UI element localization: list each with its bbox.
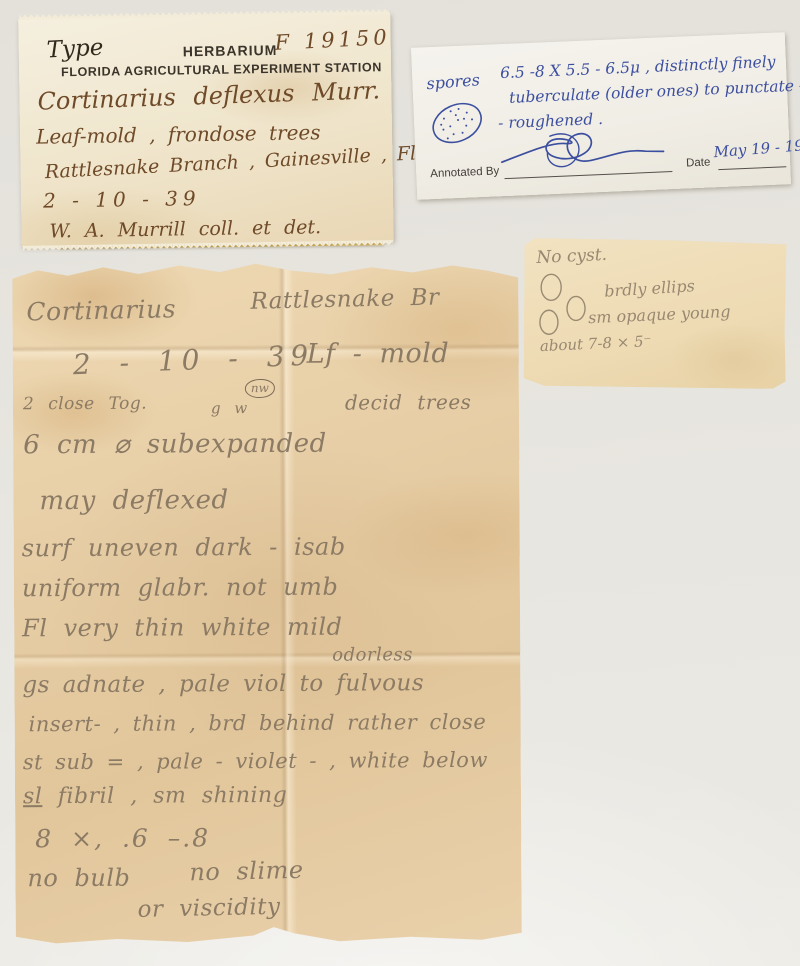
spore-sketch-icon bbox=[425, 95, 491, 152]
note-stipe-surface: sl fibril , sm shining bbox=[23, 783, 287, 809]
annotation-line-2: tuberculate (older ones) to punctate - bbox=[509, 76, 800, 106]
institution-name: FLORIDA AGRICULTURAL EXPERIMENT STATION bbox=[61, 60, 382, 79]
date-label: Date bbox=[686, 156, 711, 169]
note-no-bulb: no bulb bbox=[27, 864, 130, 893]
spore-shape-note: brdly ellips bbox=[604, 276, 696, 301]
annotation-date: May 19 - 1976 bbox=[713, 135, 800, 161]
note-locality: Rattlesnake Br bbox=[250, 284, 440, 314]
note-date: 2 - 10 - 39 bbox=[72, 339, 315, 382]
no-cystidia-note: No cyst. bbox=[536, 245, 607, 268]
note-gills-spacing: insert- , thin , brd behind rather close bbox=[29, 710, 487, 736]
substrate-line: Leaf-mold , frondose trees bbox=[36, 120, 321, 148]
note-stipe-color: st sub = , pale - violet - , white below bbox=[23, 748, 488, 774]
note-cap-diameter: 6 cm ⌀ subexpanded bbox=[23, 429, 327, 461]
annotation-slip: spores 6.5 -8 X 5.5 - 6.5μ , distinctly … bbox=[411, 32, 791, 200]
note-stipe-size: 8 ×, .6 –.8 bbox=[35, 823, 210, 853]
note-cap-texture: uniform glabr. not umb bbox=[22, 573, 338, 603]
annotated-by-label: Annotated By bbox=[430, 165, 500, 180]
note-odor: odorless bbox=[332, 644, 413, 665]
note-deciduous-trees: decid trees bbox=[345, 390, 472, 415]
herbarium-label: Type HERBARIUM F 19150 FLORIDA AGRICULTU… bbox=[18, 13, 394, 247]
note-cap-surface: surf uneven dark - isab bbox=[22, 533, 346, 563]
spore-size-note: about 7-8 × 5⁻ bbox=[539, 332, 651, 355]
locality-line: Rattlesnake Branch , Gainesville , Fla bbox=[44, 142, 428, 183]
collection-date: 2 - 10 - 39 bbox=[43, 186, 201, 212]
note-no-viscidity: or viscidity bbox=[137, 894, 280, 923]
note-no-slime: no slime bbox=[189, 856, 304, 887]
note-gills-color: gs adnate , pale viol to fulvous bbox=[22, 670, 424, 698]
note-close-together: 2 close Tog. bbox=[23, 394, 147, 415]
circled-annotation: nw bbox=[245, 379, 275, 398]
underlined-abbrev: sl bbox=[23, 784, 42, 809]
serrated-edge-top bbox=[19, 9, 389, 20]
herbarium-heading: HERBARIUM bbox=[183, 42, 278, 59]
micro-note-slip: No cyst. brdly ellips sm opaque young ab… bbox=[523, 238, 786, 389]
type-annotation: Type bbox=[46, 35, 104, 64]
annotator-signature bbox=[494, 117, 686, 179]
note-substrate: Lf - mold bbox=[307, 338, 450, 370]
note-cap-deflexed: may deflexed bbox=[39, 485, 228, 516]
collector-line: W. A. Murrill coll. et det. bbox=[49, 216, 321, 242]
species-name: Cortinarius deflexus Murr. bbox=[37, 76, 380, 115]
note-genus: Cortinarius bbox=[26, 294, 176, 326]
spore-appearance-note: sm opaque young bbox=[588, 302, 731, 327]
note-small-mark: g w bbox=[211, 399, 248, 417]
spore-measurements: 6.5 -8 X 5.5 - 6.5μ , distinctly finely bbox=[500, 53, 776, 83]
herbarium-packet-photo: Type HERBARIUM F 19150 FLORIDA AGRICULTU… bbox=[0, 0, 800, 966]
note-flesh: Fl very thin white mild bbox=[22, 613, 343, 643]
accession-number: F 19150 bbox=[274, 25, 391, 55]
note-stipe-surface-rest: fibril , sm shining bbox=[42, 783, 287, 809]
field-notes-sheet: Cortinarius Rattlesnake Br 2 - 10 - 39 L… bbox=[12, 260, 522, 947]
spores-word: spores bbox=[426, 70, 481, 93]
